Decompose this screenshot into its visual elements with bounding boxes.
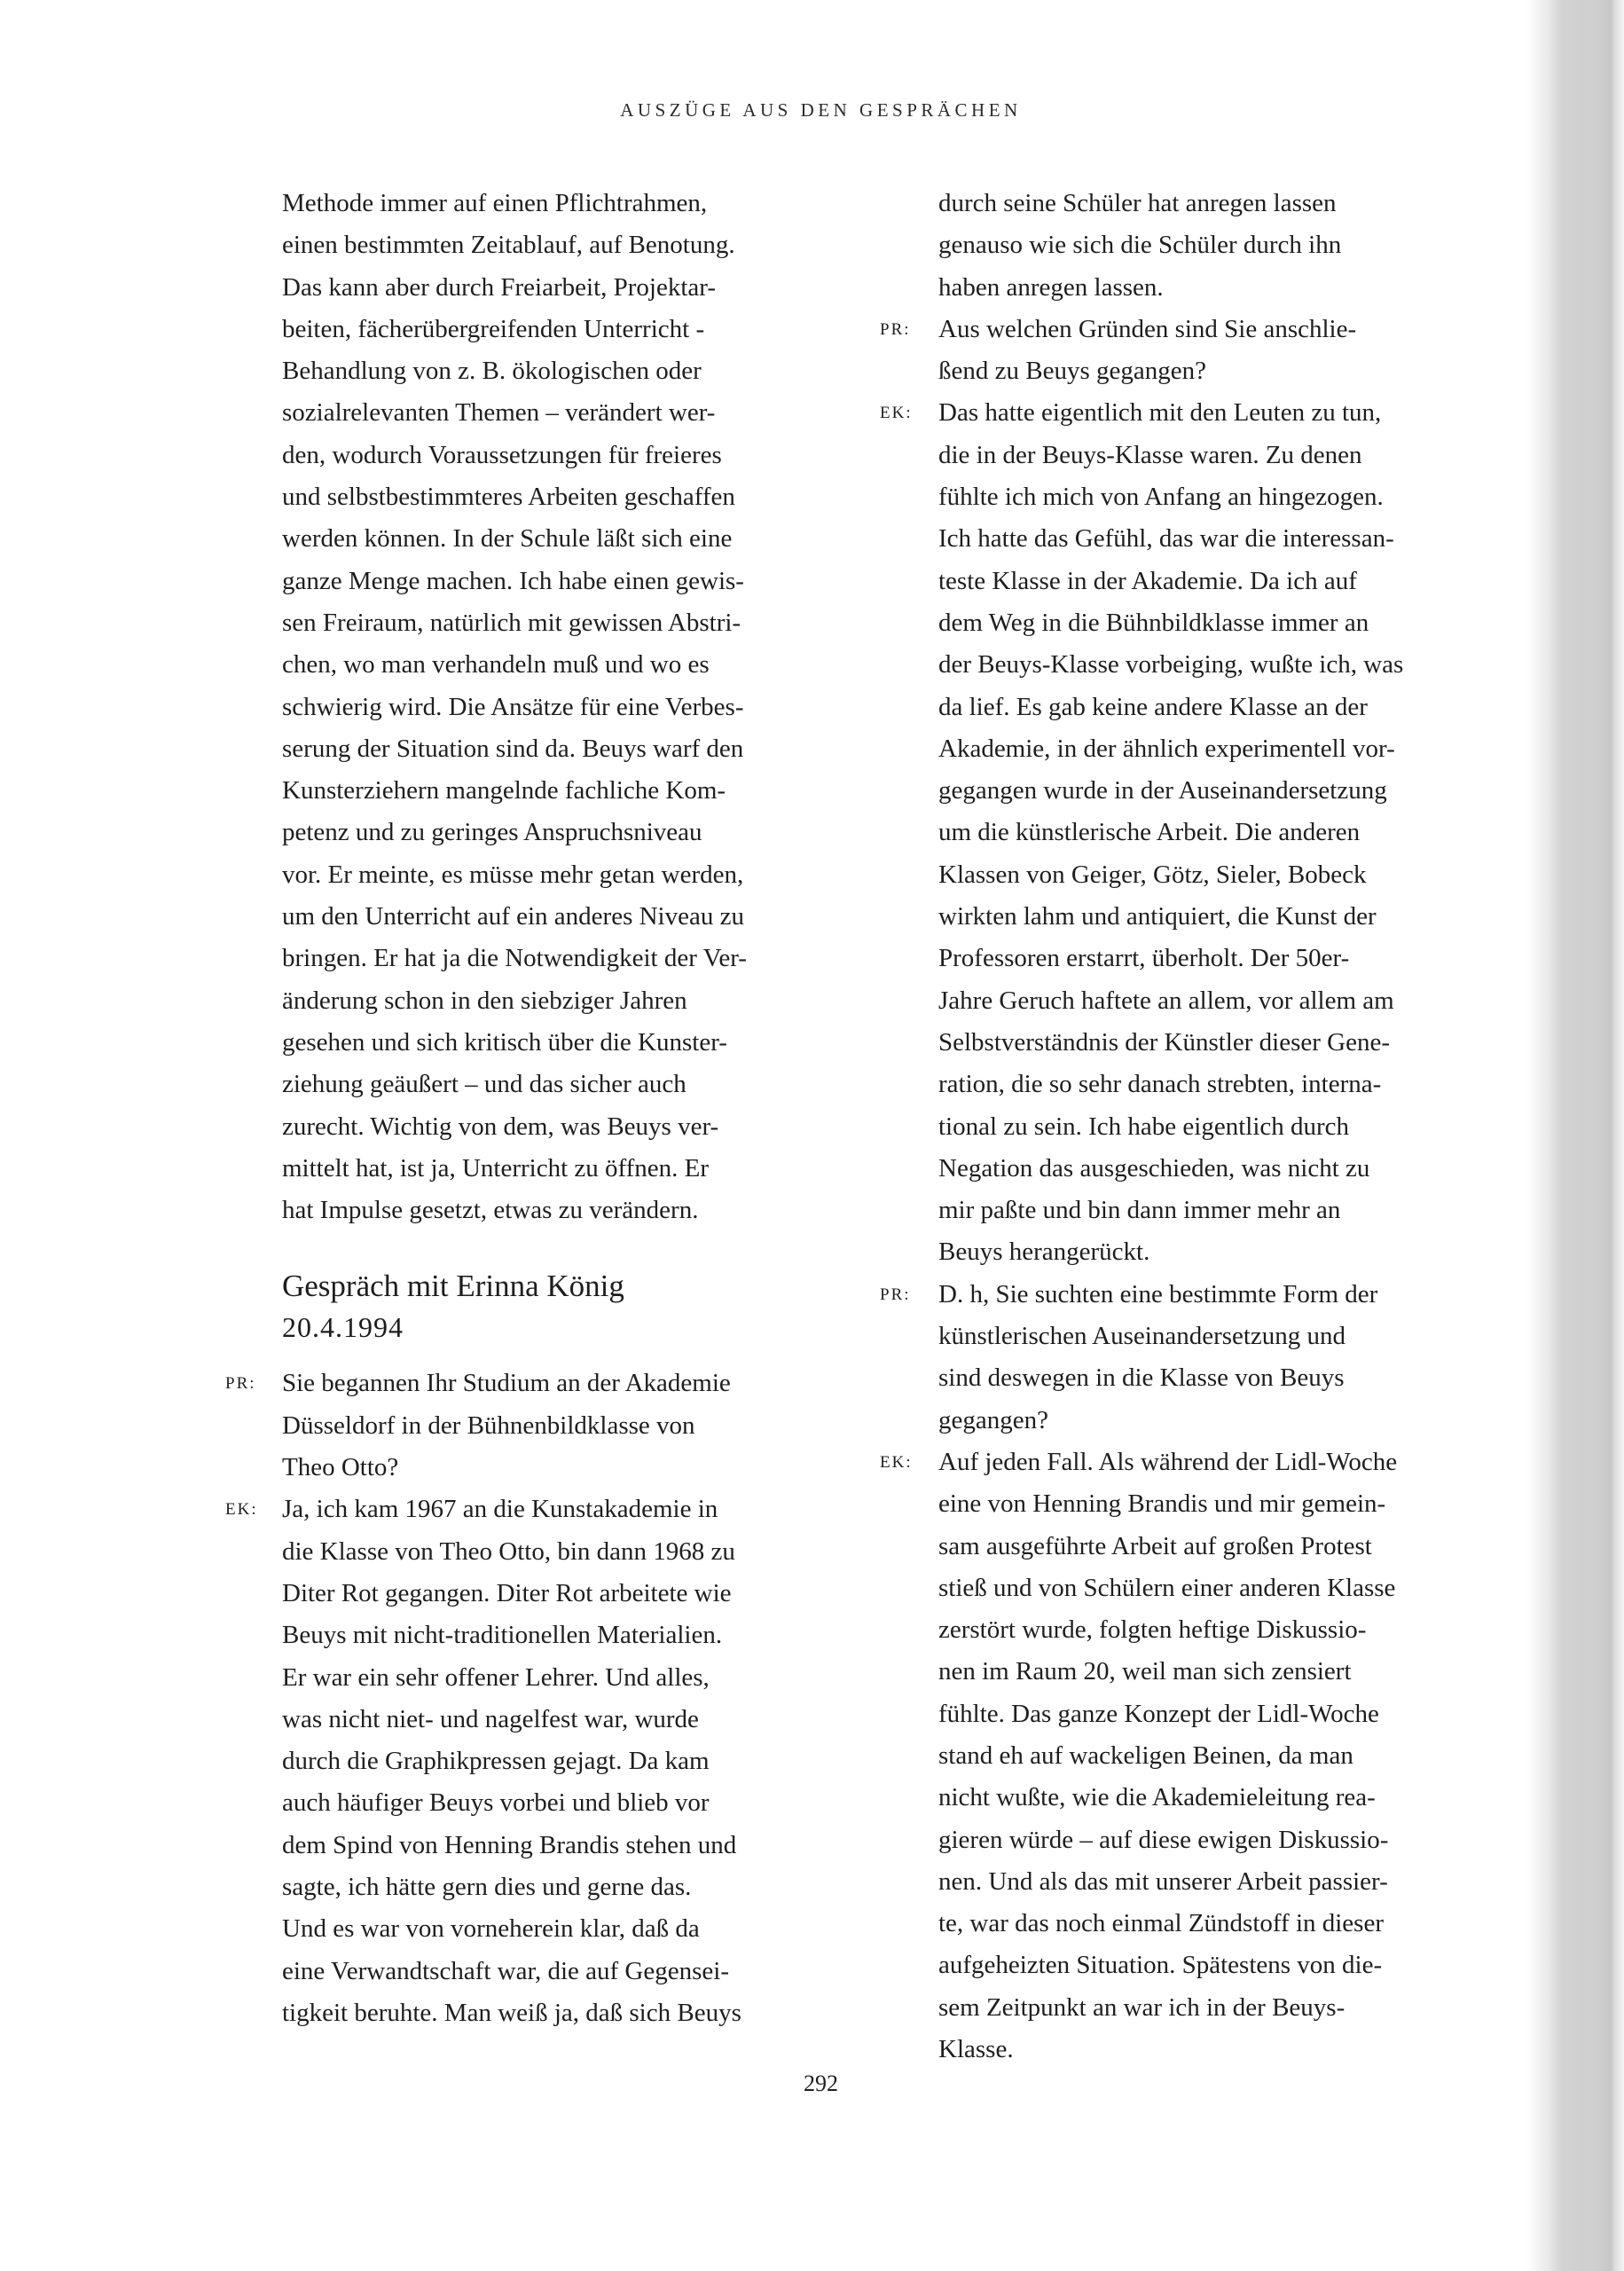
text-line: vor. Er meinte, es müsse mehr getan werd… <box>282 854 850 896</box>
text-line: Behandlung von z. B. ökologischen oder <box>282 350 850 392</box>
text-line: nen im Raum 20, weil man sich zensiert <box>938 1651 1506 1693</box>
text-line: einen bestimmten Zeitablauf, auf Benotun… <box>282 224 850 266</box>
text-line: ziehung geäußert – und das sicher auch <box>282 1064 850 1105</box>
text-line: Aus welchen Gründen sind Sie anschlie- <box>938 309 1506 350</box>
text-line: beiten, fächerübergreifenden Unterricht … <box>282 309 850 350</box>
right-column: durch seine Schüler hat anregen lassen g… <box>938 183 1506 2071</box>
text-line: Selbstverständnis der Künstler dieser Ge… <box>938 1022 1506 1064</box>
speaker-label: EK: <box>225 1489 258 1530</box>
text-line: durch die Graphikpressen gejagt. Da kam <box>282 1741 850 1782</box>
speaker-label: EK: <box>880 1442 913 1483</box>
text-line: sagte, ich hätte gern dies und gerne das… <box>282 1866 850 1908</box>
speaker-label: PR: <box>225 1363 256 1404</box>
text-line: Das hatte eigentlich mit den Leuten zu t… <box>938 392 1506 434</box>
text-line: Und es war von vorneherein klar, daß da <box>282 1908 850 1950</box>
text-line: die Klasse von Theo Otto, bin dann 1968 … <box>282 1531 850 1573</box>
text-line: teste Klasse in der Akademie. Da ich auf <box>938 561 1506 602</box>
interview-turn-ek: EK: Ja, ich kam 1967 an die Kunstakademi… <box>282 1489 850 2034</box>
text-line: sam ausgeführte Arbeit auf großen Protes… <box>938 1526 1506 1568</box>
text-line: sozialrelevanten Themen – verändert wer- <box>282 392 850 434</box>
text-line: mir paßte und bin dann immer mehr an <box>938 1190 1506 1231</box>
text-line: ration, die so sehr danach strebten, int… <box>938 1064 1506 1105</box>
speaker-label: PR: <box>880 309 911 350</box>
speaker-label: PR: <box>880 1274 911 1316</box>
interview-turn-ek: EK: Auf jeden Fall. Als während der Lidl… <box>938 1442 1506 2071</box>
text-line: werden können. In der Schule läßt sich e… <box>282 518 850 560</box>
text-line: was nicht niet- und nagelfest war, wurde <box>282 1699 850 1741</box>
text-line: sen Freiraum, natürlich mit gewissen Abs… <box>282 602 850 644</box>
text-line: Jahre Geruch haftete an allem, vor allem… <box>938 980 1506 1022</box>
text-line: schwierig wird. Die Ansätze für eine Ver… <box>282 687 850 728</box>
text-line: fühlte. Das ganze Konzept der Lidl-Woche <box>938 1693 1506 1735</box>
text-line: stieß und von Schülern einer anderen Kla… <box>938 1568 1506 1609</box>
text-line: Diter Rot gegangen. Diter Rot arbeitete … <box>282 1573 850 1615</box>
interview-turn-ek: EK: Das hatte eigentlich mit den Leuten … <box>938 392 1506 1273</box>
text-line: serung der Situation sind da. Beuys warf… <box>282 728 850 770</box>
text-line: die in der Beuys-Klasse waren. Zu denen <box>938 435 1506 476</box>
text-line: te, war das noch einmal Zündstoff in die… <box>938 1903 1506 1945</box>
text-line: durch seine Schüler hat anregen lassen <box>938 183 1506 224</box>
text-line: gieren würde – auf diese ewigen Diskussi… <box>938 1819 1506 1861</box>
text-line: fühlte ich mich von Anfang an hingezogen… <box>938 476 1506 518</box>
text-line: Düsseldorf in der Bühnenbildklasse von <box>282 1405 850 1447</box>
text-line: tigkeit beruhte. Man weiß ja, daß sich B… <box>282 1992 850 2034</box>
text-line: Klassen von Geiger, Götz, Sieler, Bobeck <box>938 854 1506 896</box>
text-line: D. h, Sie suchten eine bestimmte Form de… <box>938 1274 1506 1316</box>
text-line: sem Zeitpunkt an war ich in der Beuys- <box>938 1987 1506 2029</box>
section-heading: Gespräch mit Erinna König 20.4.1994 <box>282 1266 850 1348</box>
text-line: gegangen? <box>938 1400 1506 1442</box>
text-line: dem Weg in die Bühnbildklasse immer an <box>938 602 1506 644</box>
text-line: zurecht. Wichtig von dem, was Beuys ver- <box>282 1106 850 1148</box>
continuation-paragraph: durch seine Schüler hat anregen lassen g… <box>938 183 1506 309</box>
text-line: gegangen wurde in der Auseinandersetzung <box>938 770 1506 812</box>
text-line: haben anregen lassen. <box>938 267 1506 309</box>
text-line: Sie begannen Ihr Studium an der Akademie <box>282 1363 850 1404</box>
text-line: Negation das ausgeschieden, was nicht zu <box>938 1148 1506 1190</box>
text-line: tional zu sein. Ich habe eigentlich durc… <box>938 1106 1506 1148</box>
text-line: und selbstbestimmteres Arbeiten geschaff… <box>282 476 850 518</box>
text-line: den, wodurch Voraussetzungen für freiere… <box>282 435 850 476</box>
text-line: gesehen und sich kritisch über die Kunst… <box>282 1022 850 1064</box>
text-line: chen, wo man verhandeln muß und wo es <box>282 644 850 686</box>
text-line: Ja, ich kam 1967 an die Kunstakademie in <box>282 1489 850 1530</box>
text-line: änderung schon in den siebziger Jahren <box>282 980 850 1022</box>
text-line: auch häufiger Beuys vorbei und blieb vor <box>282 1782 850 1824</box>
text-line: Professoren erstarrt, überholt. Der 50er… <box>938 938 1506 979</box>
text-line: Auf jeden Fall. Als während der Lidl-Woc… <box>938 1442 1506 1483</box>
text-line: um die künstlerische Arbeit. Die anderen <box>938 812 1506 853</box>
page-number: 292 <box>0 2071 1624 2097</box>
text-line: Methode immer auf einen Pflichtrahmen, <box>282 183 850 224</box>
text-line: Beuys herangerückt. <box>938 1231 1506 1273</box>
running-head: AUSZÜGE AUS DEN GESPRÄCHEN <box>0 99 1624 122</box>
text-line: nen. Und als das mit unserer Arbeit pass… <box>938 1861 1506 1903</box>
interview-turn-pr: PR: Aus welchen Gründen sind Sie anschli… <box>938 309 1506 393</box>
text-line: zerstört wurde, folgten heftige Diskussi… <box>938 1609 1506 1651</box>
text-line: sind deswegen in die Klasse von Beuys <box>938 1357 1506 1399</box>
text-line: hat Impulse gesetzt, etwas zu verändern. <box>282 1190 850 1231</box>
speaker-label: EK: <box>880 392 913 434</box>
left-column: Methode immer auf einen Pflichtrahmen, e… <box>282 183 850 2034</box>
text-line: Ich hatte das Gefühl, das war die intere… <box>938 518 1506 560</box>
section-title: Gespräch mit Erinna König <box>282 1266 850 1307</box>
interview-turn-pr: PR: D. h, Sie suchten eine bestimmte For… <box>938 1274 1506 1442</box>
text-line: eine von Henning Brandis und mir gemein- <box>938 1483 1506 1525</box>
text-line: ganze Menge machen. Ich habe einen gewis… <box>282 561 850 602</box>
continuation-paragraph: Methode immer auf einen Pflichtrahmen, e… <box>282 183 850 1231</box>
text-line: ßend zu Beuys gegangen? <box>938 350 1506 392</box>
text-line: künstlerischen Auseinandersetzung und <box>938 1316 1506 1357</box>
text-line: bringen. Er hat ja die Notwendigkeit der… <box>282 938 850 979</box>
text-line: wirkten lahm und antiquiert, die Kunst d… <box>938 896 1506 938</box>
text-line: Beuys mit nicht-traditionellen Materiali… <box>282 1615 850 1656</box>
text-line: petenz und zu geringes Anspruchsniveau <box>282 812 850 853</box>
text-line: stand eh auf wackeligen Beinen, da man <box>938 1735 1506 1777</box>
text-line: um den Unterricht auf ein anderes Niveau… <box>282 896 850 938</box>
text-line: Das kann aber durch Freiarbeit, Projekta… <box>282 267 850 309</box>
text-line: nicht wußte, wie die Akademieleitung rea… <box>938 1777 1506 1819</box>
section-date: 20.4.1994 <box>282 1307 850 1348</box>
text-line: genauso wie sich die Schüler durch ihn <box>938 224 1506 266</box>
text-line: Klasse. <box>938 2029 1506 2071</box>
text-line: Er war ein sehr offener Lehrer. Und alle… <box>282 1657 850 1699</box>
text-line: dem Spind von Henning Brandis stehen und <box>282 1825 850 1866</box>
text-line: Akademie, in der ähnlich experimentell v… <box>938 728 1506 770</box>
page-binding-shadow <box>1526 0 1624 2271</box>
text-line: aufgeheizten Situation. Spätestens von d… <box>938 1945 1506 1986</box>
text-line: der Beuys-Klasse vorbeiging, wußte ich, … <box>938 644 1506 686</box>
text-line: Theo Otto? <box>282 1447 850 1489</box>
text-line: Kunsterziehern mangelnde fachliche Kom- <box>282 770 850 812</box>
interview-turn-pr: PR: Sie begannen Ihr Studium an der Akad… <box>282 1363 850 1489</box>
text-line: mittelt hat, ist ja, Unterricht zu öffne… <box>282 1148 850 1190</box>
text-line: eine Verwandtschaft war, die auf Gegense… <box>282 1951 850 1992</box>
text-line: da lief. Es gab keine andere Klasse an d… <box>938 687 1506 728</box>
